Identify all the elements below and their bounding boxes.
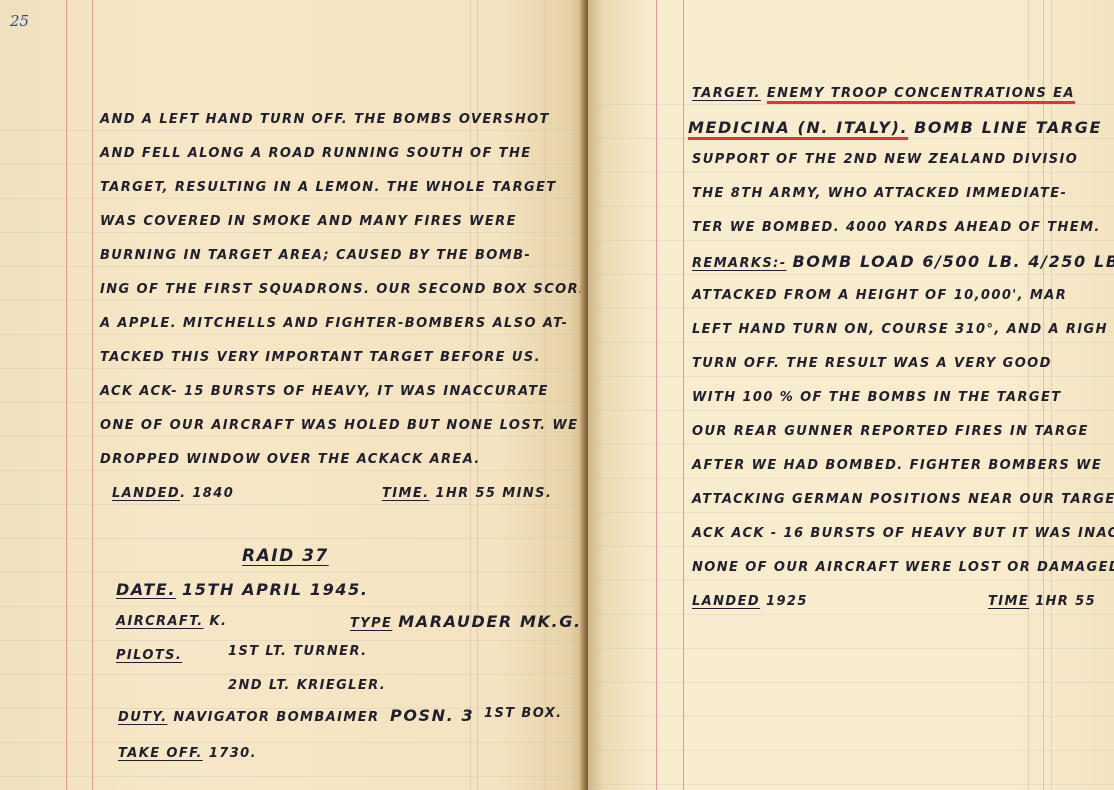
time-value: 1HR 55 MINS. bbox=[435, 486, 552, 501]
text-line: ONE OF OUR AIRCRAFT WAS HOLED BUT NONE L… bbox=[100, 418, 578, 433]
time-label: TIME. bbox=[382, 486, 429, 501]
text-line: TACKED THIS VERY IMPORTANT TARGET BEFORE… bbox=[100, 350, 541, 365]
margin-line bbox=[92, 0, 93, 790]
remarks-value: BOMB LOAD 6/500 lb. 4/250 lb bbox=[792, 252, 1114, 271]
text-line: AFTER WE HAD BOMBED. FIGHTER BOMBERS WE bbox=[692, 458, 1102, 473]
landed-entry: LANDED. 1840 bbox=[112, 486, 234, 501]
target-rest: BOMB LINE TARGE bbox=[914, 118, 1102, 137]
target-label: TARGET. bbox=[692, 86, 761, 101]
text-line: A APPLE. MITCHELLS AND FIGHTER-BOMBERS A… bbox=[100, 316, 568, 331]
landed-value: . 1840 bbox=[180, 486, 234, 501]
time-entry: TIME. 1HR 55 MINS. bbox=[382, 486, 552, 501]
remarks-entry: REMARKS:- BOMB LOAD 6/500 lb. 4/250 lb bbox=[692, 252, 1114, 271]
text-line: THE 8th ARMY, WHO ATTACKED IMMEDIATE- bbox=[692, 186, 1067, 201]
text-line: ATTACKING GERMAN POSITIONS NEAR OUR TARG… bbox=[692, 492, 1114, 507]
text-line: BURNING IN TARGET AREA; CAUSED BY THE BO… bbox=[100, 248, 531, 263]
time-label: TIME bbox=[988, 594, 1029, 609]
takeoff-label: TAKE OFF. bbox=[118, 746, 203, 761]
margin-line bbox=[66, 0, 67, 790]
pilot-1: 1ST LT. TURNER. bbox=[228, 644, 367, 659]
landed-value: 1925 bbox=[766, 594, 808, 609]
time-entry: TIME 1HR 55 bbox=[988, 594, 1096, 609]
takeoff-entry: TAKE OFF. 1730. bbox=[118, 746, 257, 761]
duty-entry: DUTY. NAVIGATOR BOMBAIMER bbox=[118, 710, 379, 725]
margin-line bbox=[683, 0, 684, 790]
date-entry: DATE. 15th APRIL 1945. bbox=[116, 580, 369, 599]
landed-entry: LANDED 1925 bbox=[692, 594, 808, 609]
text-line: NONE OF OUR AIRCRAFT WERE LOST OR DAMAGE… bbox=[692, 560, 1114, 575]
target-entry: TARGET. ENEMY TROOP CONCENTRATIONS EA bbox=[692, 86, 1075, 101]
text-line: ACK ACK- 15 BURSTS OF HEAVY, IT WAS INAC… bbox=[100, 384, 549, 399]
left-page: 25 AND A LEFT HAND TURN OFF. THE BOMBS O… bbox=[0, 0, 588, 790]
raid-heading: RAID 37 bbox=[242, 546, 329, 566]
aircraft-entry: AIRCRAFT. K. bbox=[116, 614, 227, 629]
page-number: 25 bbox=[10, 12, 29, 30]
remarks-label: REMARKS:- bbox=[692, 256, 787, 271]
text-line: DROPPED WINDOW OVER THE ACKACK AREA. bbox=[100, 452, 481, 467]
text-line: OUR REAR GUNNER REPORTED FIRES IN TARGE bbox=[692, 424, 1089, 439]
logbook-spread: 25 AND A LEFT HAND TURN OFF. THE BOMBS O… bbox=[0, 0, 1114, 790]
date-value: 15th APRIL 1945. bbox=[182, 580, 369, 599]
text-line: AND A LEFT HAND TURN OFF. THE BOMBS OVER… bbox=[100, 112, 550, 127]
text-line: LEFT HAND TURN ON, COURSE 310°, AND A RI… bbox=[692, 322, 1108, 337]
aircraft-label: AIRCRAFT. bbox=[116, 614, 204, 629]
aircraft-value: K. bbox=[210, 614, 228, 629]
right-page: TARGET. ENEMY TROOP CONCENTRATIONS EA ME… bbox=[588, 0, 1114, 790]
landed-label: LANDED bbox=[692, 594, 760, 609]
time-value: 1HR 55 bbox=[1035, 594, 1096, 609]
text-line: SUPPORT OF THE 2ND NEW ZEALAND DIVISIO bbox=[692, 152, 1078, 167]
target-entry-cont: MEDICINA (N. ITALY). BOMB LINE TARGE bbox=[688, 118, 1102, 137]
text-line: TARGET, RESULTING IN A LEMON. THE WHOLE … bbox=[100, 180, 557, 195]
pilot-2: 2ND LT. KRIEGLER. bbox=[228, 678, 386, 693]
landed-label: LANDED bbox=[112, 486, 180, 501]
text-line: AND FELL ALONG A ROAD RUNNING SOUTH OF T… bbox=[100, 146, 532, 161]
takeoff-value: 1730. bbox=[209, 746, 257, 761]
text-line: TURN OFF. THE RESULT WAS A VERY GOOD bbox=[692, 356, 1052, 371]
pilots-label: PILOTS. bbox=[116, 648, 182, 663]
text-line: ACK ACK - 16 BURSTS OF HEAVY BUT IT WAS … bbox=[692, 526, 1114, 541]
text-line: ING OF THE FIRST SQUADRONS. OUR SECOND B… bbox=[100, 282, 588, 297]
box-value: 1ST BOX. bbox=[484, 706, 562, 721]
type-value: MARAUDER MK.G. bbox=[398, 612, 581, 631]
duty-value: NAVIGATOR BOMBAIMER bbox=[173, 710, 379, 725]
text-line: ATTACKED FROM A HEIGHT OF 10,000', MAR bbox=[692, 288, 1067, 303]
text-line: TER WE BOMBED. 4000 YARDS AHEAD OF THEM. bbox=[692, 220, 1101, 235]
margin-line bbox=[656, 0, 657, 790]
text-line: WAS COVERED IN SMOKE AND MANY FIRES WERE bbox=[100, 214, 517, 229]
date-label: DATE. bbox=[116, 580, 176, 599]
duty-label: DUTY. bbox=[118, 710, 167, 725]
text-line: WITH 100 % OF THE BOMBS IN THE TARGET bbox=[692, 390, 1062, 405]
type-entry: TYPE MARAUDER MK.G. bbox=[350, 612, 582, 631]
target-value: ENEMY TROOP CONCENTRATIONS EA bbox=[767, 86, 1075, 101]
target-location: MEDICINA (N. ITALY). bbox=[688, 118, 908, 137]
type-label: TYPE bbox=[350, 616, 392, 631]
position-value: POSN. 3 bbox=[390, 706, 474, 725]
pilots-entry: PILOTS. bbox=[116, 648, 182, 663]
